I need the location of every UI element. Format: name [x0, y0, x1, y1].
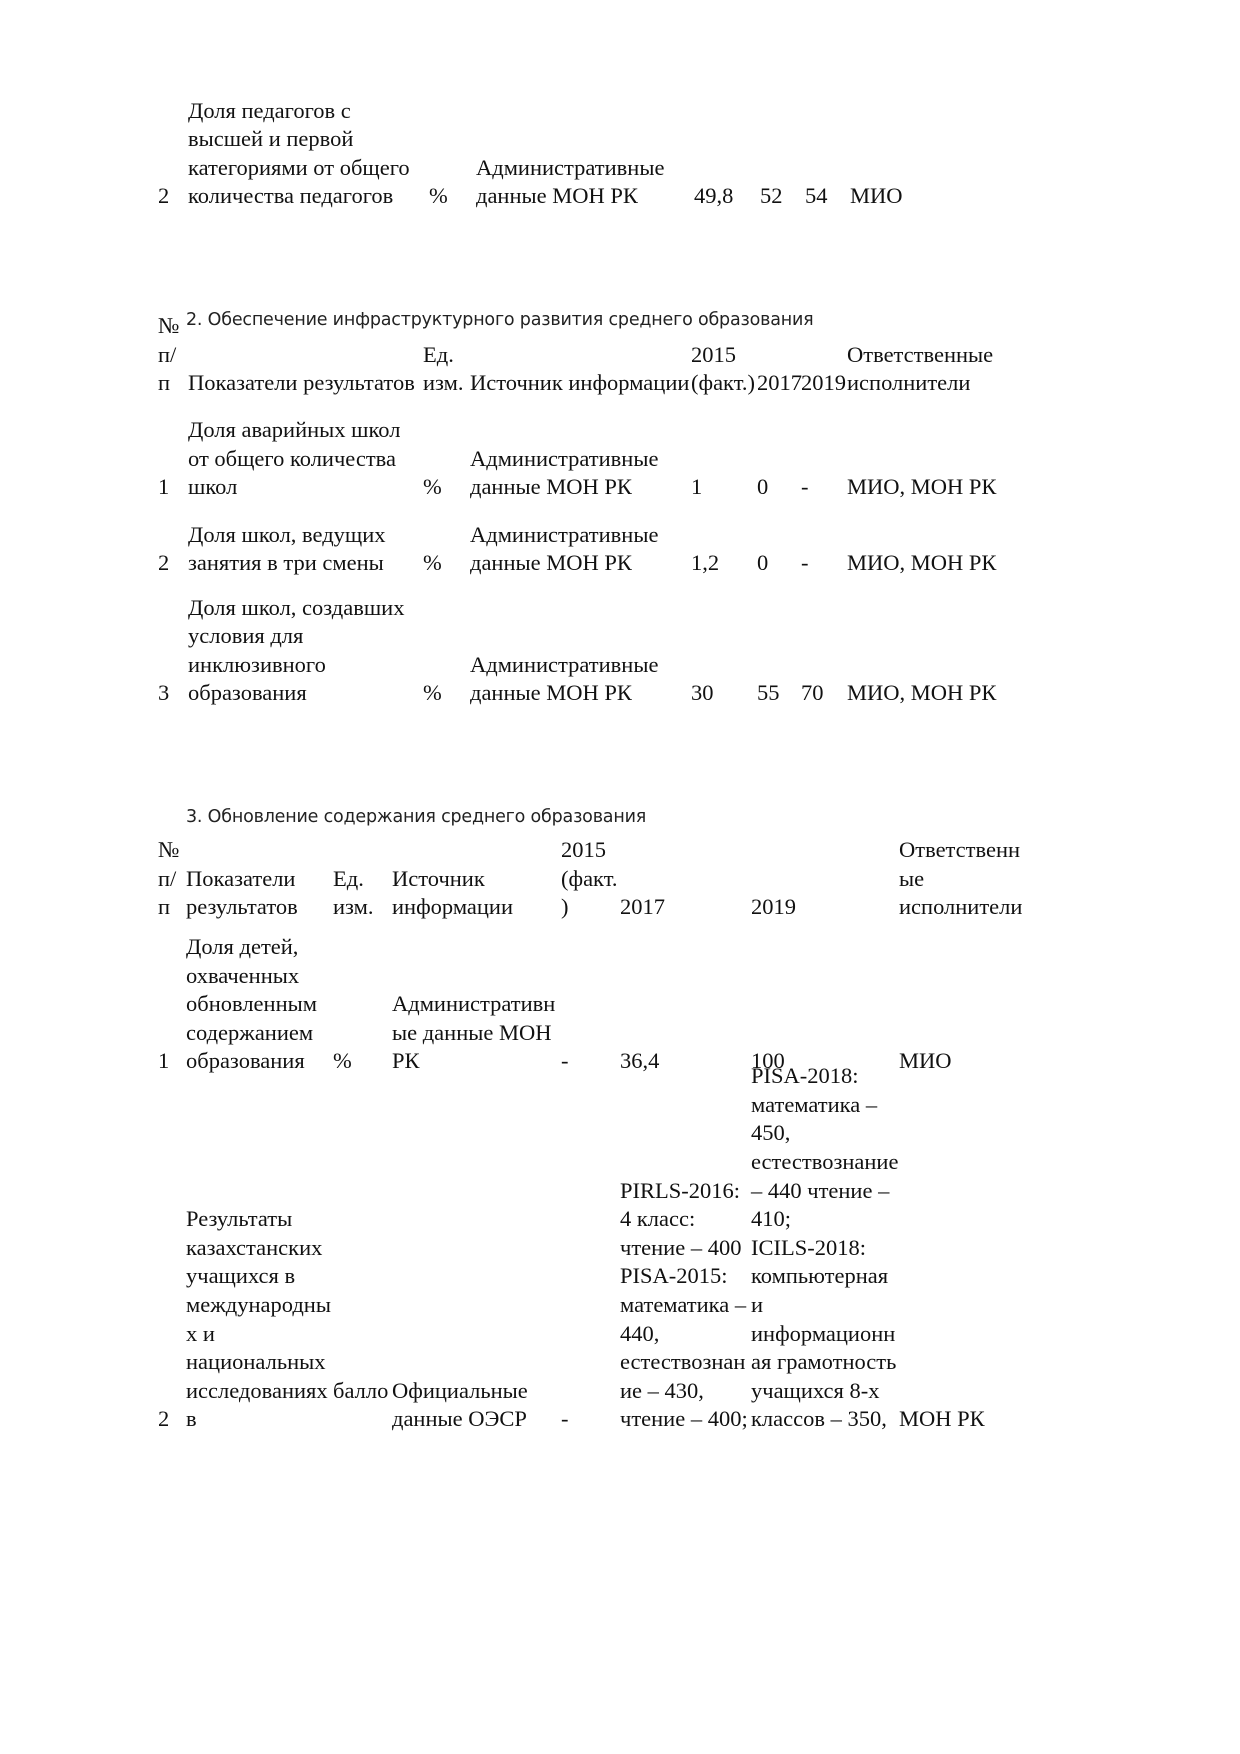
header-responsible: Ответственн ые исполнители [899, 840, 1039, 922]
responsible-cell: МИО [899, 944, 1019, 1076]
value-2019: - [801, 520, 831, 578]
value-2019: 70 [801, 596, 831, 708]
source-cell: Административные данные МОН РК [470, 420, 670, 502]
unit-cell: балло [333, 1094, 393, 1406]
value-2015: 49,8 [694, 105, 744, 211]
unit-cell: % [423, 520, 453, 578]
header-responsible: Ответственные исполнители [847, 344, 1007, 398]
value-2017: PIRLS-2016: 4 класс: чтение – 400 PISA-2… [620, 1094, 755, 1434]
responsible-cell: МИО, МОН РК [847, 596, 1017, 708]
header-2015: 2015 (факт.) [691, 344, 761, 398]
responsible-cell: МИО, МОН РК [847, 520, 1017, 578]
header-unit: Ед. изм. [333, 840, 388, 922]
source-cell: Административн ые данные МОН РК [392, 944, 560, 1076]
unit-cell: % [423, 596, 453, 708]
value-2017: 0 [757, 420, 787, 502]
value-2017: 52 [760, 105, 790, 211]
value-2019: - [801, 420, 831, 502]
indicator-cell: Доля педагогов с высшей и первой категор… [188, 105, 428, 211]
header-num: № п/п [158, 344, 188, 398]
source-cell: Официальные данные ОЭСР [392, 1094, 560, 1434]
indicator-cell: Доля школ, ведущих занятия в три смены [188, 520, 418, 578]
indicator-cell: Доля школ, создавших условия для инклюзи… [188, 596, 418, 708]
row-number: 2 [158, 105, 182, 211]
value-2015: - [561, 944, 591, 1076]
value-2015: - [561, 1094, 591, 1434]
row-number: 1 [158, 420, 182, 502]
value-2019: 54 [805, 105, 835, 211]
value-2015: 30 [691, 596, 741, 708]
responsible-cell: МИО, МОН РК [847, 420, 1017, 502]
unit-cell: % [333, 944, 363, 1076]
row-number: 1 [158, 944, 182, 1076]
header-2015: 2015 (факт. ) [561, 840, 619, 922]
source-cell: Административные данные МОН РК [476, 105, 676, 211]
row-number: 2 [158, 520, 182, 578]
header-source: Источник информации [470, 344, 695, 398]
value-2017: 0 [757, 520, 787, 578]
header-unit: Ед. изм. [423, 344, 468, 398]
row-number: 3 [158, 596, 182, 708]
header-2017: 2017 [620, 840, 680, 922]
value-2019: 100 [751, 944, 811, 1076]
value-2019: PISA-2018: математика – 450, естествозна… [751, 1094, 901, 1434]
value-2017: 36,4 [620, 944, 680, 1076]
section-3-title: 3. Обновление содержания среднего образо… [186, 806, 646, 828]
header-indicator: Показатели результатов [186, 840, 326, 922]
indicator-cell: Доля детей, охваченных обновленным содер… [186, 944, 326, 1076]
responsible-cell: МОН РК [899, 1094, 1019, 1434]
value-2015: 1,2 [691, 520, 741, 578]
header-num: № п/ п [158, 840, 184, 922]
header-2019: 2019 [801, 344, 846, 398]
source-cell: Административные данные МОН РК [470, 596, 670, 708]
header-2017: 2017 [757, 344, 802, 398]
header-source: Источник информации [392, 840, 557, 922]
source-cell: Административные данные МОН РК [470, 520, 670, 578]
section-2-title: 2. Обеспечение инфраструктурного развити… [186, 309, 813, 331]
value-2015: 1 [691, 420, 741, 502]
value-2017: 55 [757, 596, 787, 708]
header-2019: 2019 [751, 840, 811, 922]
unit-cell: % [429, 105, 459, 211]
header-indicator: Показатели результатов [188, 344, 428, 398]
responsible-cell: МИО [850, 105, 1000, 211]
indicator-cell: Доля аварийных школ от общего количества… [188, 420, 418, 502]
row-number: 2 [158, 1094, 182, 1434]
indicator-cell: Результаты казахстанских учащихся в межд… [186, 1094, 336, 1434]
unit-cell: % [423, 420, 453, 502]
